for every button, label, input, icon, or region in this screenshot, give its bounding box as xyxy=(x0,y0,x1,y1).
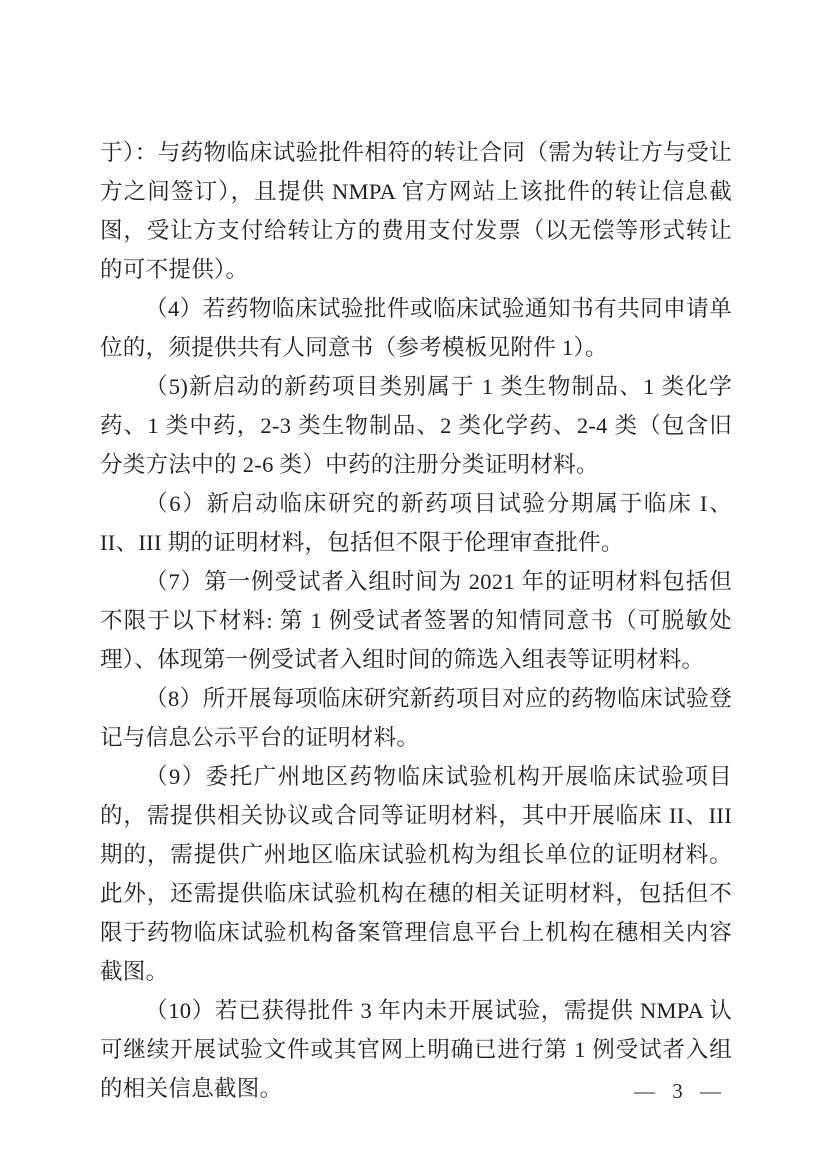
paragraph-item-7: （7）第一例受试者入组时间为 2021 年的证明材料包括但不限于以下材料: 第 … xyxy=(100,562,732,679)
paragraph-continuation: 于）：与药物临床试验批件相符的转让合同（需为转让方与受让方之间签订），且提供 N… xyxy=(100,133,732,289)
paragraph-item-4: （4）若药物临床试验批件或临床试验通知书有共同申请单位的，须提供共有人同意书（参… xyxy=(100,289,732,367)
paragraph-item-6: （6）新启动临床研究的新药项目试验分期属于临床 I、II、III 期的证明材料，… xyxy=(100,484,732,562)
paragraph-item-5: （5)新启动的新药项目类别属于 1 类生物制品、1 类化学药、1 类中药，2-3… xyxy=(100,367,732,484)
document-body: 于）：与药物临床试验批件相符的转让合同（需为转让方与受让方之间签订），且提供 N… xyxy=(100,133,732,1108)
paragraph-item-8: （8）所开展每项临床研究新药项目对应的药物临床试验登记与信息公示平台的证明材料。 xyxy=(100,679,732,757)
paragraph-item-9: （9）委托广州地区药物临床试验机构开展临床试验项目的，需提供相关协议或合同等证明… xyxy=(100,757,732,991)
page-number: — 3 — xyxy=(634,1078,723,1104)
document-page: 于）：与药物临床试验批件相符的转让合同（需为转让方与受让方之间签订），且提供 N… xyxy=(0,0,827,1170)
